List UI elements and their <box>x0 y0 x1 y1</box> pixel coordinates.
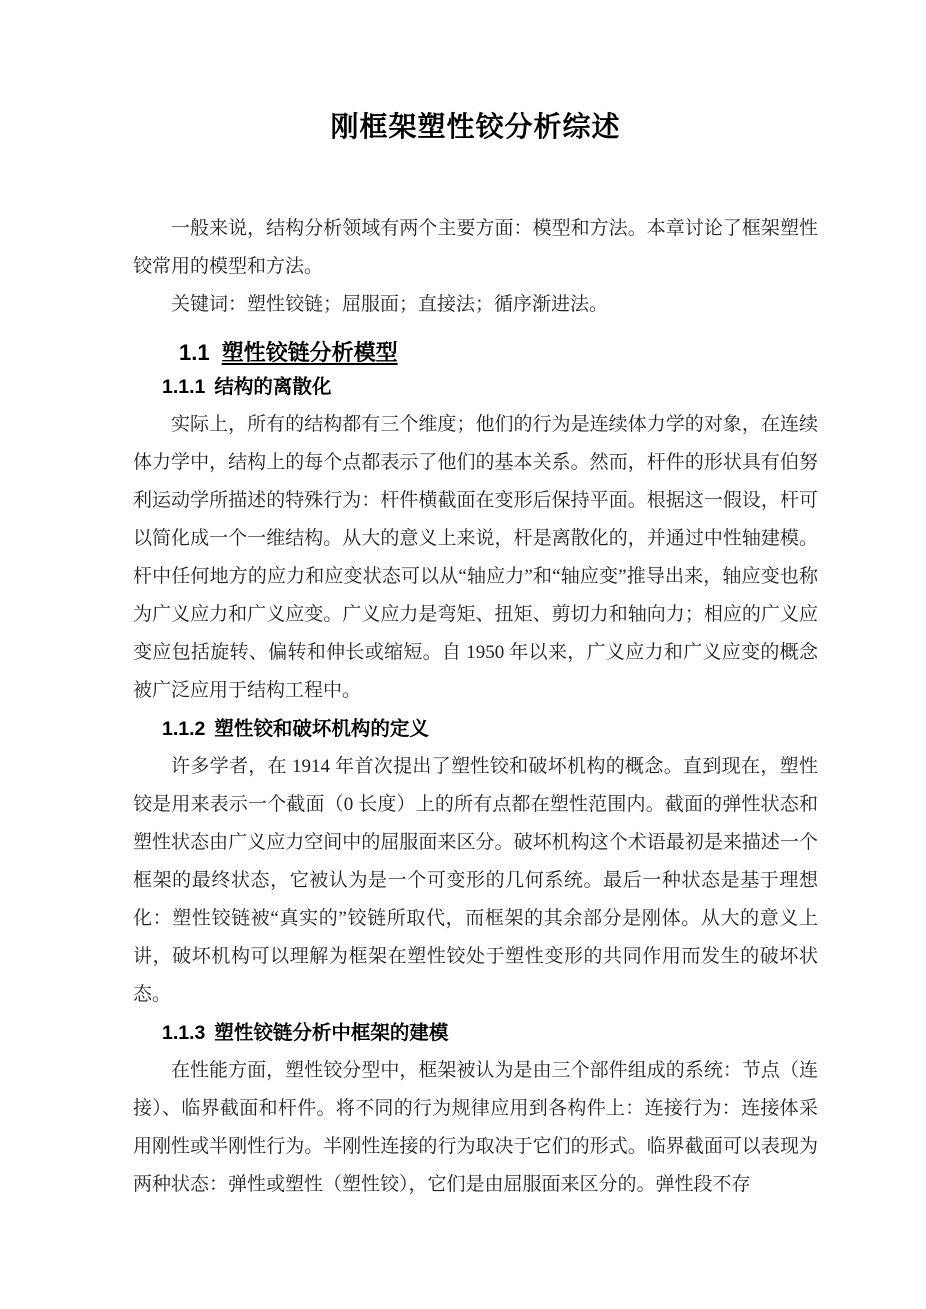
document-content: 刚框架塑性铰分析综述 一般来说，结构分析领域有两个主要方面：模型和方法。本章讨论… <box>0 110 926 1204</box>
subsection-number: 1.1.3 <box>162 1022 205 1044</box>
subsection-title: 塑性铰链分析中框架的建模 <box>214 1022 448 1044</box>
subsection-body-1-1-2: 许多学者，在 1914 年首次提出了塑性铰和破坏机构的概念。直到现在，塑性铰是用… <box>133 748 818 1014</box>
section-number: 1.1 <box>179 340 210 365</box>
subsection-number: 1.1.2 <box>162 718 205 740</box>
subsection-heading-1-1-1: 1.1.1结构的离散化 <box>133 368 818 406</box>
subsection-number: 1.1.1 <box>162 376 205 398</box>
keywords-paragraph: 关键词：塑性铰链；屈服面；直接法；循序渐进法。 <box>133 286 818 324</box>
intro-paragraph: 一般来说，结构分析领域有两个主要方面：模型和方法。本章讨论了框架塑性铰常用的模型… <box>133 210 818 286</box>
subsection-body-1-1-3: 在性能方面，塑性铰分型中，框架被认为是由三个部件组成的系统：节点（连接）、临界截… <box>133 1052 818 1204</box>
subsection-heading-1-1-2: 1.1.2塑性铰和破坏机构的定义 <box>133 710 818 748</box>
section-title: 塑性铰链分析模型 <box>222 340 398 365</box>
subsection-body-1-1-1: 实际上，所有的结构都有三个维度；他们的行为是连续体力学的对象，在连续体力学中，结… <box>133 406 818 710</box>
document-page: 刚框架塑性铰分析综述 一般来说，结构分析领域有两个主要方面：模型和方法。本章讨论… <box>0 0 926 1309</box>
document-title: 刚框架塑性铰分析综述 <box>133 110 818 144</box>
section-heading-1-1: 1.1塑性铰链分析模型 <box>133 338 818 368</box>
subsection-title: 塑性铰和破坏机构的定义 <box>214 718 429 740</box>
subsection-title: 结构的离散化 <box>214 376 331 398</box>
subsection-heading-1-1-3: 1.1.3塑性铰链分析中框架的建模 <box>133 1014 818 1052</box>
